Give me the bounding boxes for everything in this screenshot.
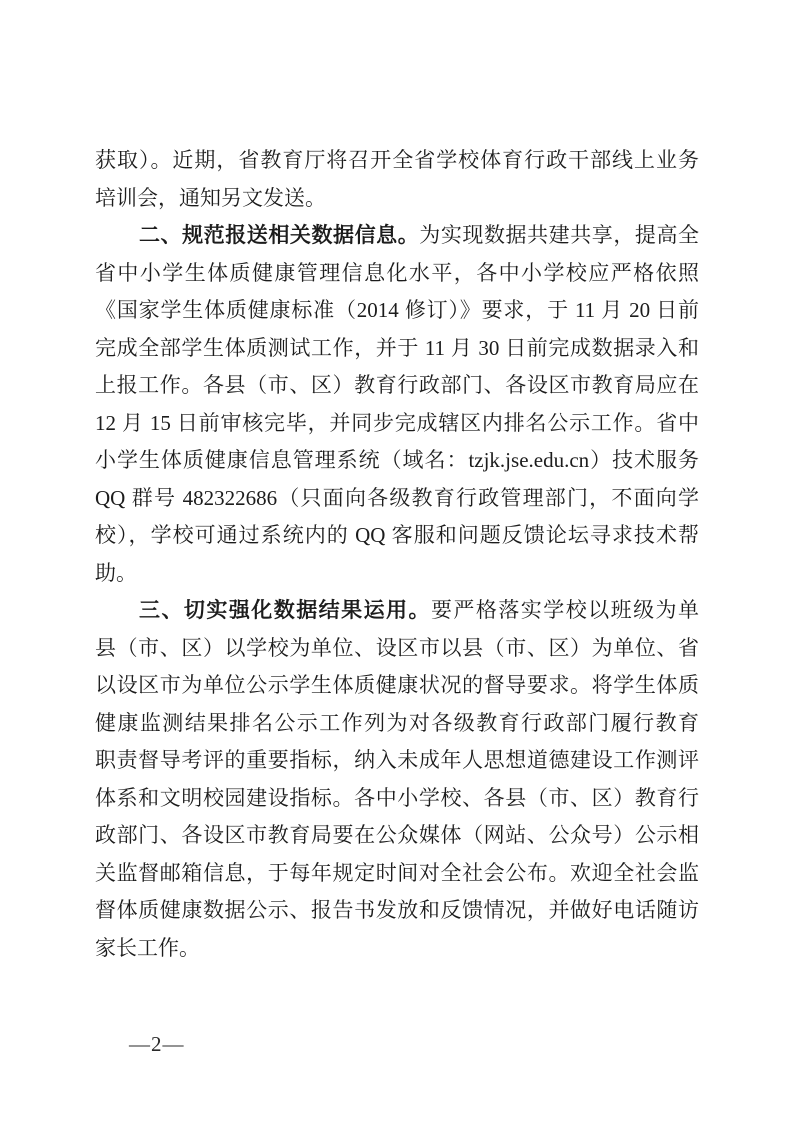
body-text: 督体质健康数据公示、报告书发放和反馈情况，并做好电话随访 <box>95 898 699 922</box>
text-line: 健康监测结果排名公示工作列为对各级教育行政部门履行教育 <box>95 705 699 743</box>
text-line: QQ 群号 482322686（只面向各级教育行政管理部门，不面向学 <box>95 480 699 518</box>
body-text: 培训会，通知另文发送。 <box>95 186 326 210</box>
body-text: 12 月 15 日前审核完毕，并同步完成辖区内排名公示工作。省中 <box>95 411 699 435</box>
body-text: 校），学校可通过系统内的 QQ 客服和问题反馈论坛寻求技术帮 <box>95 523 699 547</box>
body-text: 职责督导考评的重要指标，纳入未成年人思想道德建设工作测评 <box>95 748 699 772</box>
text-line: 完成全部学生体质测试工作，并于 11 月 30 日前完成数据录入和 <box>95 330 699 368</box>
text-line: 三、切实强化数据结果运用。要严格落实学校以班级为单位、 <box>95 592 699 630</box>
text-line: 省中小学生体质健康管理信息化水平，各中小学校应严格依照 <box>95 255 699 293</box>
body-text: 省中小学生体质健康管理信息化水平，各中小学校应严格依照 <box>95 261 699 285</box>
body-text: 小学生体质健康信息管理系统（域名：tzjk.jse.edu.cn）技术服务 <box>95 448 699 472</box>
text-line: 上报工作。各县（市、区）教育行政部门、各设区市教育局应在 <box>95 367 699 405</box>
body-text: 以设区市为单位公示学生体质健康状况的督导要求。将学生体质 <box>95 673 699 697</box>
text-line: 校），学校可通过系统内的 QQ 客服和问题反馈论坛寻求技术帮 <box>95 517 699 555</box>
body-text: 为实现数据共建共享，提高全 <box>419 223 699 247</box>
text-line: 二、规范报送相关数据信息。为实现数据共建共享，提高全 <box>95 217 699 255</box>
text-line: 小学生体质健康信息管理系统（域名：tzjk.jse.edu.cn）技术服务 <box>95 442 699 480</box>
text-line: 以设区市为单位公示学生体质健康状况的督导要求。将学生体质 <box>95 667 699 705</box>
body-text: 完成全部学生体质测试工作，并于 11 月 30 日前完成数据录入和 <box>95 336 699 360</box>
body-text: QQ 群号 482322686（只面向各级教育行政管理部门，不面向学 <box>95 486 699 510</box>
text-line: 督体质健康数据公示、报告书发放和反馈情况，并做好电话随访 <box>95 892 699 930</box>
text-line: 政部门、各设区市教育局要在公众媒体（网站、公众号）公示相 <box>95 817 699 855</box>
text-line: 获取）。近期，省教育厅将召开全省学校体育行政干部线上业务 <box>95 142 699 180</box>
body-text: 体系和文明校园建设指标。各中小学校、各县（市、区）教育行 <box>95 786 699 810</box>
document-page: 获取）。近期，省教育厅将召开全省学校体育行政干部线上业务培训会，通知另文发送。二… <box>0 0 794 1123</box>
text-line: 培训会，通知另文发送。 <box>95 180 699 218</box>
body-text: 关监督邮箱信息，于每年规定时间对全社会公布。欢迎全社会监 <box>95 861 699 885</box>
body-text: 政部门、各设区市教育局要在公众媒体（网站、公众号）公示相 <box>95 823 699 847</box>
body-text: 获取）。近期，省教育厅将召开全省学校体育行政干部线上业务 <box>95 148 699 172</box>
text-line: 关监督邮箱信息，于每年规定时间对全社会公布。欢迎全社会监 <box>95 855 699 893</box>
body-text: 助。 <box>95 561 137 585</box>
section-heading-text: 三、切实强化数据结果运用。 <box>139 599 431 622</box>
body-text: 家长工作。 <box>95 936 200 960</box>
text-line: 职责督导考评的重要指标，纳入未成年人思想道德建设工作测评 <box>95 742 699 780</box>
body-text: 上报工作。各县（市、区）教育行政部门、各设区市教育局应在 <box>95 373 699 397</box>
text-line: 体系和文明校园建设指标。各中小学校、各县（市、区）教育行 <box>95 780 699 818</box>
body-text: 县（市、区）以学校为单位、设区市以县（市、区）为单位、省 <box>95 636 699 660</box>
section-heading-text: 二、规范报送相关数据信息。 <box>139 224 419 247</box>
text-line: 《国家学生体质健康标准（2014 修订）》要求，于 11 月 20 日前 <box>95 292 699 330</box>
body-text: 健康监测结果排名公示工作列为对各级教育行政部门履行教育 <box>95 711 699 735</box>
document-body: 获取）。近期，省教育厅将召开全省学校体育行政干部线上业务培训会，通知另文发送。二… <box>95 142 699 967</box>
body-text: 《国家学生体质健康标准（2014 修订）》要求，于 11 月 20 日前 <box>95 298 699 322</box>
text-line: 12 月 15 日前审核完毕，并同步完成辖区内排名公示工作。省中 <box>95 405 699 443</box>
page-number: —2— <box>129 1032 185 1056</box>
text-line: 家长工作。 <box>95 930 699 968</box>
text-line: 助。 <box>95 555 699 593</box>
text-line: 县（市、区）以学校为单位、设区市以县（市、区）为单位、省 <box>95 630 699 668</box>
